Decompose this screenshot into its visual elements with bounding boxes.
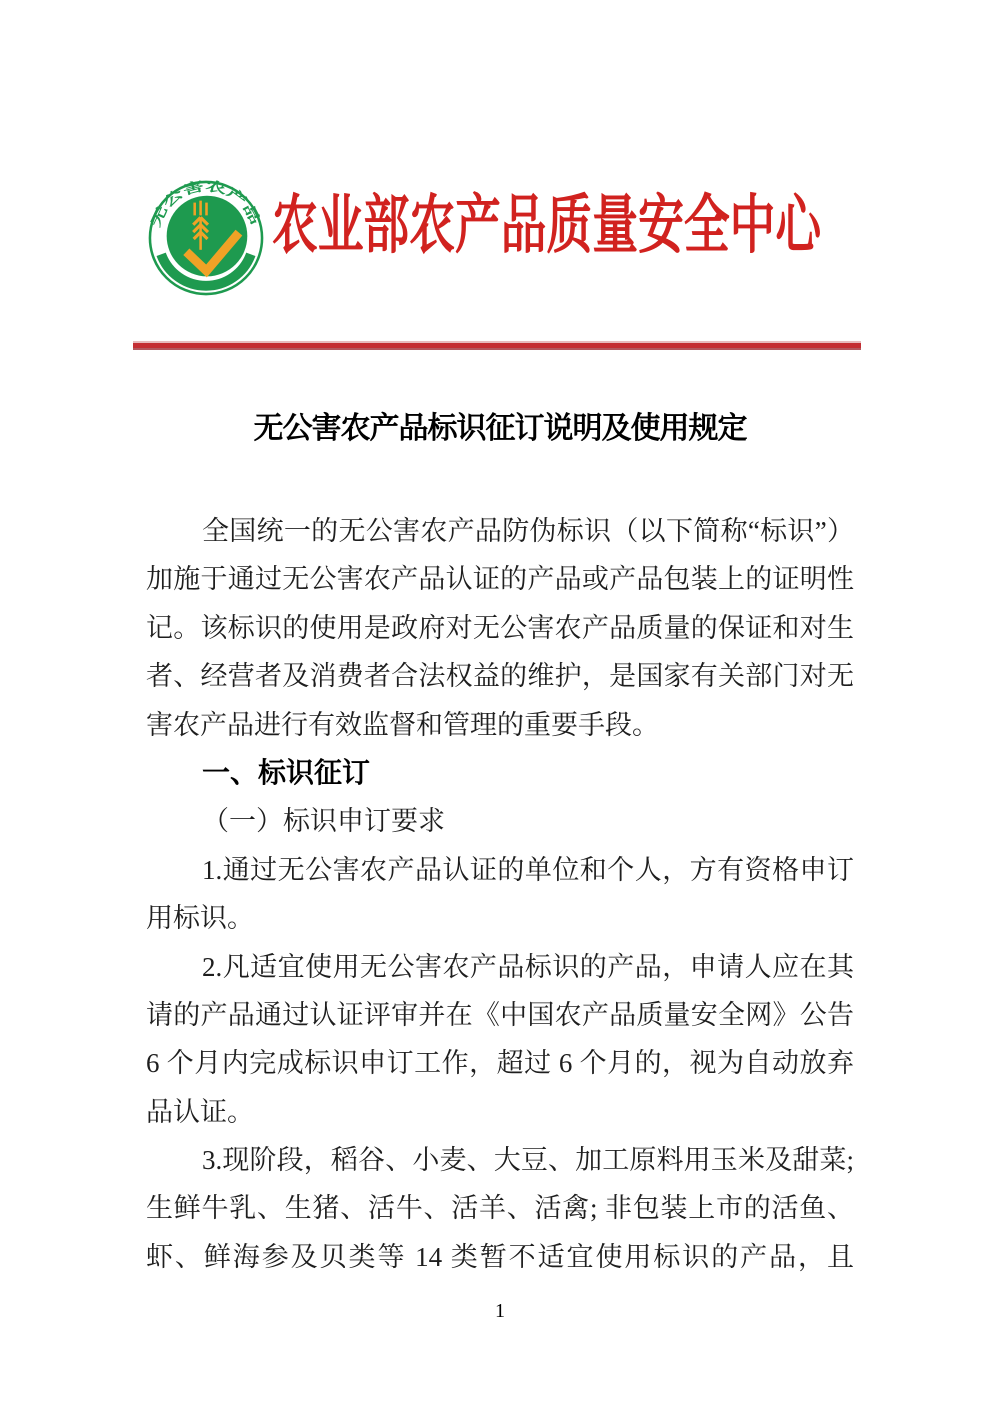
- text-line: 全国统一的无公害农产品防伪标识（以下简称“标识”）是: [146, 507, 854, 555]
- text-line: 生鲜牛乳、生猪、活牛、活羊、活禽; 非包装上市的活鱼、活: [146, 1184, 854, 1232]
- text-line: 加施于通过无公害农产品认证的产品或产品包装上的证明性标: [146, 555, 854, 603]
- text-line: 2.凡适宜使用无公害农产品标识的产品，申请人应在其申: [146, 943, 854, 991]
- text-line: 虾、鲜海参及贝类等 14 类暂不适宜使用标识的产品，且在“无: [146, 1233, 854, 1281]
- document-title: 无公害农产品标识征订说明及使用规定: [146, 406, 854, 452]
- text-line: 1.通过无公害农产品认证的单位和个人，方有资格申订使: [146, 846, 854, 894]
- org-logo: 无公害农产品: [147, 179, 265, 297]
- text-line: 品认证。: [146, 1088, 854, 1136]
- document-body: 全国统一的无公害农产品防伪标识（以下简称“标识”）是加施于通过无公害农产品认证的…: [146, 507, 854, 1281]
- text-line: 6 个月内完成标识申订工作，超过 6 个月的，视为自动放弃产: [146, 1039, 854, 1087]
- text-line: 者、经营者及消费者合法权益的维护，是国家有关部门对无公: [146, 652, 854, 700]
- section-heading-line: 一、标识征订: [146, 749, 854, 797]
- page-number: 1: [146, 1296, 854, 1326]
- text-line: 害农产品进行有效监督和管理的重要手段。: [146, 701, 854, 749]
- header-rule: [133, 341, 861, 350]
- text-line: （一）标识申订要求: [146, 797, 854, 845]
- text-line: 请的产品通过认证评审并在《中国农产品质量安全网》公告后: [146, 991, 854, 1039]
- document-page: 无公害农产品 农业部农产品质量安全中心 无公害农产品标识征订说明及使用规定 全国…: [0, 0, 993, 1404]
- text-line: 用标识。: [146, 894, 854, 942]
- text-line: 3.现阶段，稻谷、小麦、大豆、加工原料用玉米及甜菜;: [146, 1136, 854, 1184]
- text-line: 记。该标识的使用是政府对无公害农产品质量的保证和对生产: [146, 604, 854, 652]
- org-name: 农业部农产品质量安全中心: [272, 193, 821, 259]
